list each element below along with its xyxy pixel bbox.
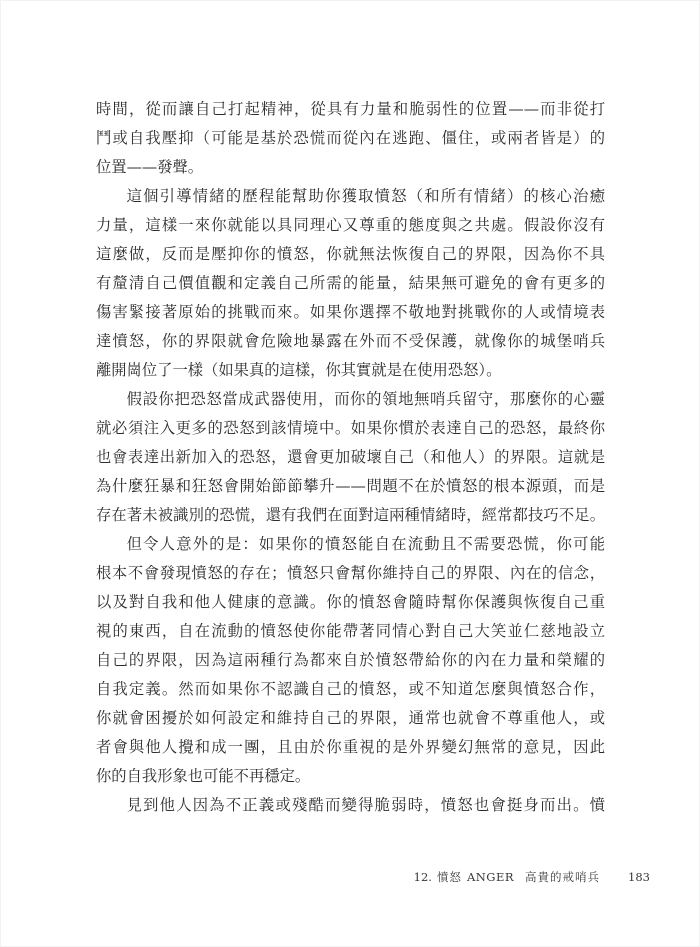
text-line: 你的自我形象也可能不再穩定。 [96, 762, 605, 791]
page-number: 183 [628, 869, 650, 885]
book-page: 時間，從而讓自己打起精神，從具有力量和脆弱性的位置——而非從打 鬥或自我壓抑（可… [0, 0, 700, 947]
text-line: 視的東西，自在流動的憤怒使你能帶著同情心對自己大笑並仁慈地設立 [96, 617, 605, 646]
text-line: 力量，這樣一來你就能以具同理心又尊重的態度與之共處。假設你沒有 [96, 211, 605, 240]
paragraph: 這個引導情緒的歷程能幫助你獲取憤怒（和所有情緒）的核心治癒 力量，這樣一來你就能… [96, 182, 605, 385]
text-line: 你就會困擾於如何設定和維持自己的界限，通常也就會不尊重他人，或 [96, 704, 605, 733]
chapter-title-zh: 憤怒 [437, 869, 462, 885]
text-line: 達憤怒，你的界限就會危險地暴露在外而不受保護，就像你的城堡哨兵 [96, 327, 605, 356]
text-line: 但令人意外的是：如果你的憤怒能自在流動且不需要恐慌，你可能 [96, 530, 605, 559]
paragraph: 假設你把恐怒當成武器使用，而你的領地無哨兵留守，那麼你的心靈 就必須注入更多的恐… [96, 385, 605, 530]
text-line: 自己的界限，因為這兩種行為都來自於憤怒帶給你的內在力量和榮耀的 [96, 646, 605, 675]
paragraph: 見到他人因為不正義或殘酷而變得脆弱時，憤怒也會挺身而出。憤 [96, 791, 605, 820]
text-line: 鬥或自我壓抑（可能是基於恐慌而從內在逃跑、僵住，或兩者皆是）的 [96, 124, 605, 153]
paragraph: 時間，從而讓自己打起精神，從具有力量和脆弱性的位置——而非從打 鬥或自我壓抑（可… [96, 95, 605, 182]
text-line: 有釐清自己價值觀和定義自己所需的能量，結果無可避免的會有更多的 [96, 269, 605, 298]
page-footer: 12. 憤怒 ANGER 高貴的戒哨兵 183 [414, 869, 650, 885]
text-line: 自我定義。然而如果你不認識自己的憤怒，或不知道怎麼與憤怒合作， [96, 675, 605, 704]
chapter-number: 12. [414, 869, 432, 885]
text-line: 這個引導情緒的歷程能幫助你獲取憤怒（和所有情緒）的核心治癒 [96, 182, 605, 211]
text-line: 就必須注入更多的恐怒到該情境中。如果你慣於表達自己的恐怒，最終你 [96, 414, 605, 443]
text-line: 存在著未被識別的恐慌，還有我們在面對這兩種情緒時，經常都技巧不足。 [96, 501, 605, 530]
chapter-title-en: ANGER [467, 869, 514, 885]
page-body-text: 時間，從而讓自己打起精神，從具有力量和脆弱性的位置——而非從打 鬥或自我壓抑（可… [96, 95, 605, 820]
text-line: 也會表達出新加入的恐怒，還會更加破壞自己（和他人）的界限。這就是 [96, 443, 605, 472]
text-line: 者會與他人攪和成一團，且由於你重視的是外界變幻無常的意見，因此 [96, 733, 605, 762]
text-line: 離開崗位了一樣（如果真的這樣，你其實就是在使用恐怒）。 [96, 356, 605, 385]
text-line: 根本不會發現憤怒的存在；憤怒只會幫你維持自己的界限、內在的信念， [96, 559, 605, 588]
text-line: 以及對自我和他人健康的意識。你的憤怒會隨時幫你保護與恢復自己重 [96, 588, 605, 617]
chapter-subtitle: 高貴的戒哨兵 [525, 869, 600, 885]
text-line: 假設你把恐怒當成武器使用，而你的領地無哨兵留守，那麼你的心靈 [96, 385, 605, 414]
paragraph: 但令人意外的是：如果你的憤怒能自在流動且不需要恐慌，你可能 根本不會發現憤怒的存… [96, 530, 605, 791]
text-line: 見到他人因為不正義或殘酷而變得脆弱時，憤怒也會挺身而出。憤 [96, 791, 605, 820]
text-line: 這麼做，反而是壓抑你的憤怒，你就無法恢復自己的界限，因為你不具 [96, 240, 605, 269]
text-line: 位置——發聲。 [96, 153, 605, 182]
text-line: 時間，從而讓自己打起精神，從具有力量和脆弱性的位置——而非從打 [96, 95, 605, 124]
text-line: 為什麼狂暴和狂怒會開始節節攀升——問題不在於憤怒的根本源頭，而是 [96, 472, 605, 501]
text-line: 傷害緊接著原始的挑戰而來。如果你選擇不敬地對挑戰你的人或情境表 [96, 298, 605, 327]
